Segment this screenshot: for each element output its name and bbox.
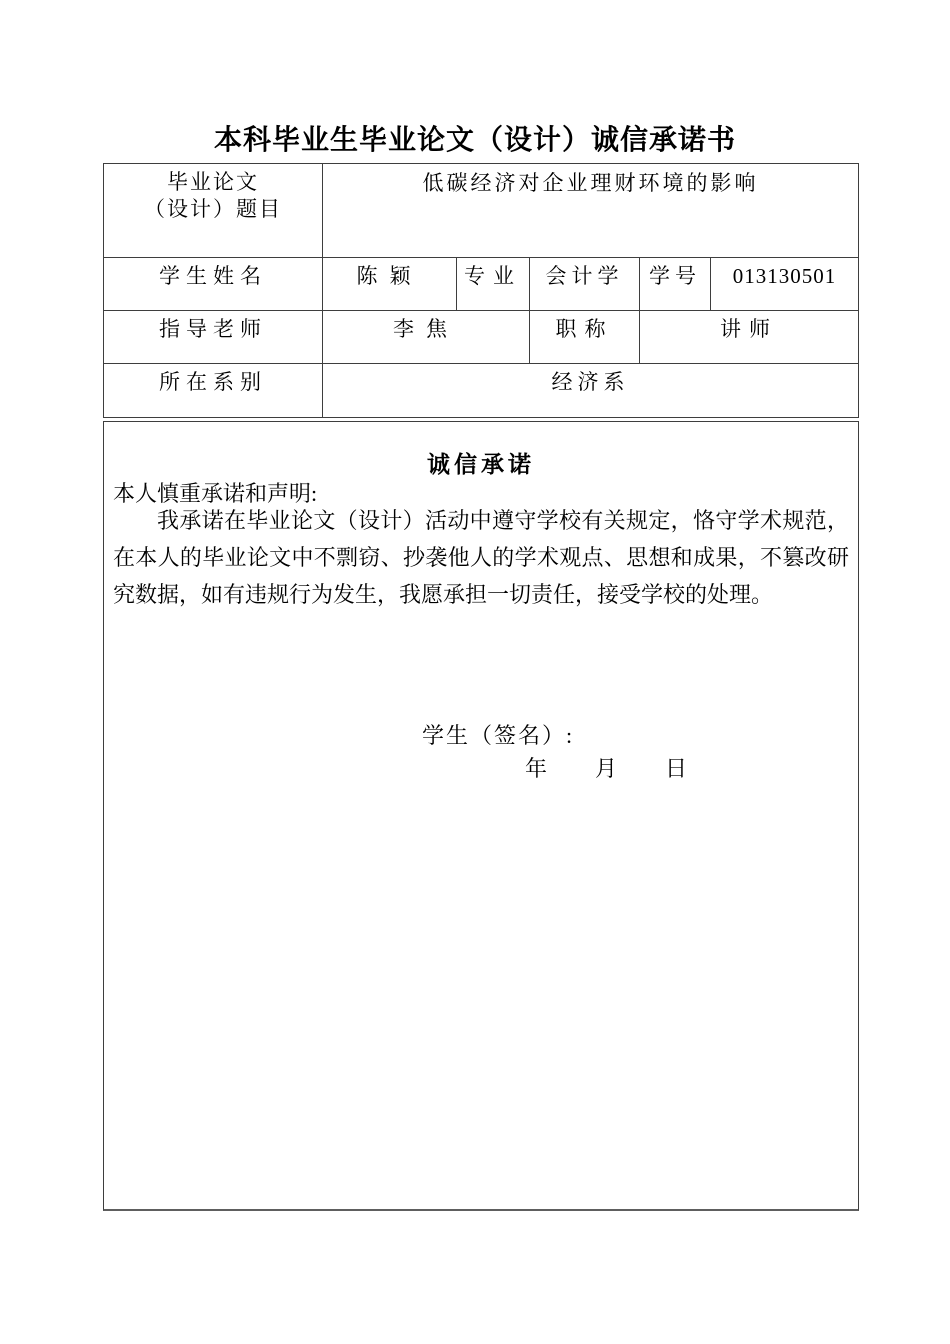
commitment-section: 诚信承诺 本人慎重承诺和声明: 我承诺在毕业论文（设计）活动中遵守学校有关规定，… xyxy=(103,421,859,1211)
info-row-advisor: 指导老师 李焦 职称 讲师 xyxy=(104,311,859,364)
topic-label-cell: 毕业论文 （设计）题目 xyxy=(104,164,323,258)
major-label: 专业 xyxy=(457,258,530,311)
student-name-label: 学生姓名 xyxy=(104,258,323,311)
job-title-value: 讲师 xyxy=(640,311,859,364)
document-page: { "colors": { "text": "#000000", "border… xyxy=(0,0,950,1344)
department-label: 所在系别 xyxy=(104,364,323,418)
commitment-heading: 诚信承诺 xyxy=(104,446,858,479)
student-name-value: 陈颖 xyxy=(323,258,457,311)
document-title: 本科毕业生毕业论文（设计）诚信承诺书 xyxy=(0,118,950,158)
student-id-value: 013130501 xyxy=(711,258,859,311)
advisor-label: 指导老师 xyxy=(104,311,323,364)
info-row-department: 所在系别 经济系 xyxy=(104,364,859,418)
student-id-label: 学号 xyxy=(640,258,711,311)
commitment-body: 我承诺在毕业论文（设计）活动中遵守学校有关规定，恪守学术规范，在本人的毕业论文中… xyxy=(113,502,849,613)
date-line: 年月日 xyxy=(525,752,687,783)
signature-label: 学生（签名）: xyxy=(422,719,574,750)
job-title-label: 职称 xyxy=(530,311,640,364)
major-value: 会计学 xyxy=(530,258,640,311)
advisor-value: 李焦 xyxy=(323,311,530,364)
topic-value-cell: 低碳经济对企业理财环境的影响 xyxy=(323,164,859,258)
day-label: 日 xyxy=(665,756,687,781)
year-label: 年 xyxy=(525,756,547,781)
topic-label-line1: 毕业论文 xyxy=(106,169,320,196)
topic-label-line2: （设计）题目 xyxy=(106,196,320,223)
info-table: 毕业论文 （设计）题目 低碳经济对企业理财环境的影响 学生姓名 陈颖 专业 会计… xyxy=(103,163,859,418)
info-row-topic: 毕业论文 （设计）题目 低碳经济对企业理财环境的影响 xyxy=(104,164,859,258)
department-value: 经济系 xyxy=(323,364,859,418)
info-row-student: 学生姓名 陈颖 专业 会计学 学号 013130501 xyxy=(104,258,859,311)
month-label: 月 xyxy=(595,756,617,781)
